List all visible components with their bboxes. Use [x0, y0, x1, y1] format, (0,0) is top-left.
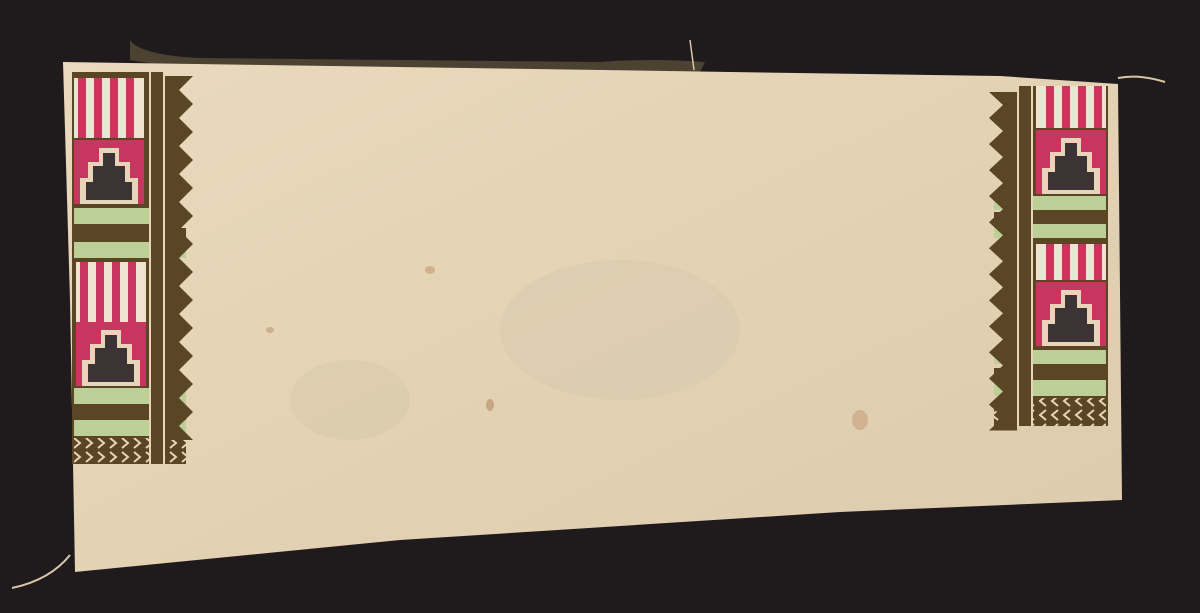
textile-photo	[0, 0, 1200, 613]
